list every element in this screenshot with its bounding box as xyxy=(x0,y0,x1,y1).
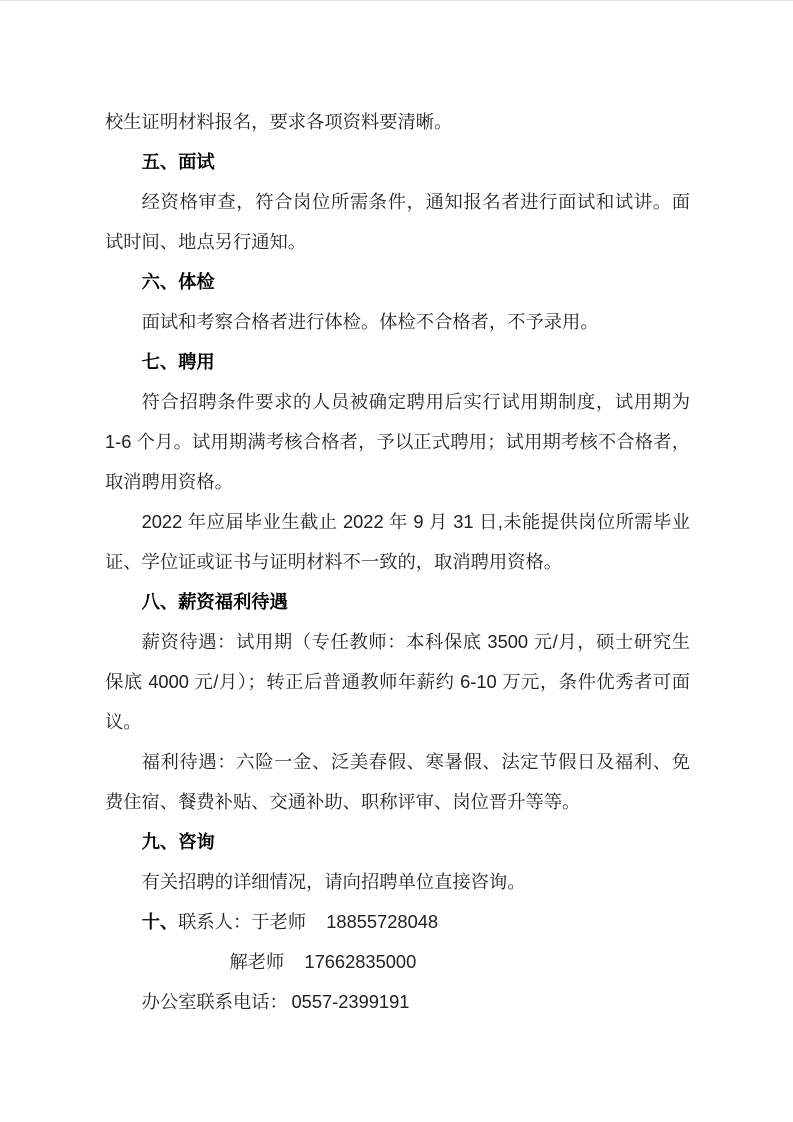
heading-interview: 五、面试 xyxy=(105,142,690,182)
paragraph-employment-graduates: 2022 年应届毕业生截止 2022 年 9 月 31 日,未能提供岗位所需毕业… xyxy=(105,502,690,582)
contact-person2-phone: 17662835000 xyxy=(304,951,416,972)
paragraph-interview: 经资格审查，符合岗位所需条件，通知报名者进行面试和试讲。面试时间、地点另行通知。 xyxy=(105,182,690,262)
heading-salary-benefits: 八、薪资福利待遇 xyxy=(105,582,690,622)
contact-line-secondary: 解老师17662835000 xyxy=(105,942,690,982)
contact-label: 联系人： xyxy=(178,911,251,932)
paragraph-consult: 有关招聘的详细情况，请向招聘单位直接咨询。 xyxy=(105,862,690,902)
paragraph-physical-exam: 面试和考察合格者进行体检。体检不合格者，不予录用。 xyxy=(105,302,690,342)
heading-consult: 九、咨询 xyxy=(105,822,690,862)
paragraph-employment-probation: 符合招聘条件要求的人员被确定聘用后实行试用期制度，试用期为 1-6 个月。试用期… xyxy=(105,382,690,502)
paragraph-welfare: 福利待遇：六险一金、泛美春假、寒暑假、法定节假日及福利、免费住宿、餐费补贴、交通… xyxy=(105,742,690,822)
contact-section-number: 十、 xyxy=(142,911,179,932)
paragraph-continuation: 校生证明材料报名，要求各项资料要清晰。 xyxy=(105,102,690,142)
contact-person2-name: 解老师 xyxy=(229,951,284,972)
paragraph-salary: 薪资待遇：试用期（专任教师：本科保底 3500 元/月，硕士研究生保底 4000… xyxy=(105,622,690,742)
heading-employment: 七、聘用 xyxy=(105,342,690,382)
contact-line-primary: 十、联系人：于老师18855728048 xyxy=(105,902,690,942)
office-phone-label: 办公室联系电话： xyxy=(142,991,288,1012)
contact-person1-phone: 18855728048 xyxy=(326,911,438,932)
contact-person1-name: 于老师 xyxy=(251,911,306,932)
heading-physical-exam: 六、体检 xyxy=(105,262,690,302)
office-phone-line: 办公室联系电话：0557-2399191 xyxy=(105,982,690,1022)
office-phone-number: 0557-2399191 xyxy=(292,991,410,1012)
document-body: 校生证明材料报名，要求各项资料要清晰。 五、面试 经资格审查，符合岗位所需条件，… xyxy=(105,102,690,1022)
document-page: 校生证明材料报名，要求各项资料要清晰。 五、面试 经资格审查，符合岗位所需条件，… xyxy=(0,0,793,1122)
